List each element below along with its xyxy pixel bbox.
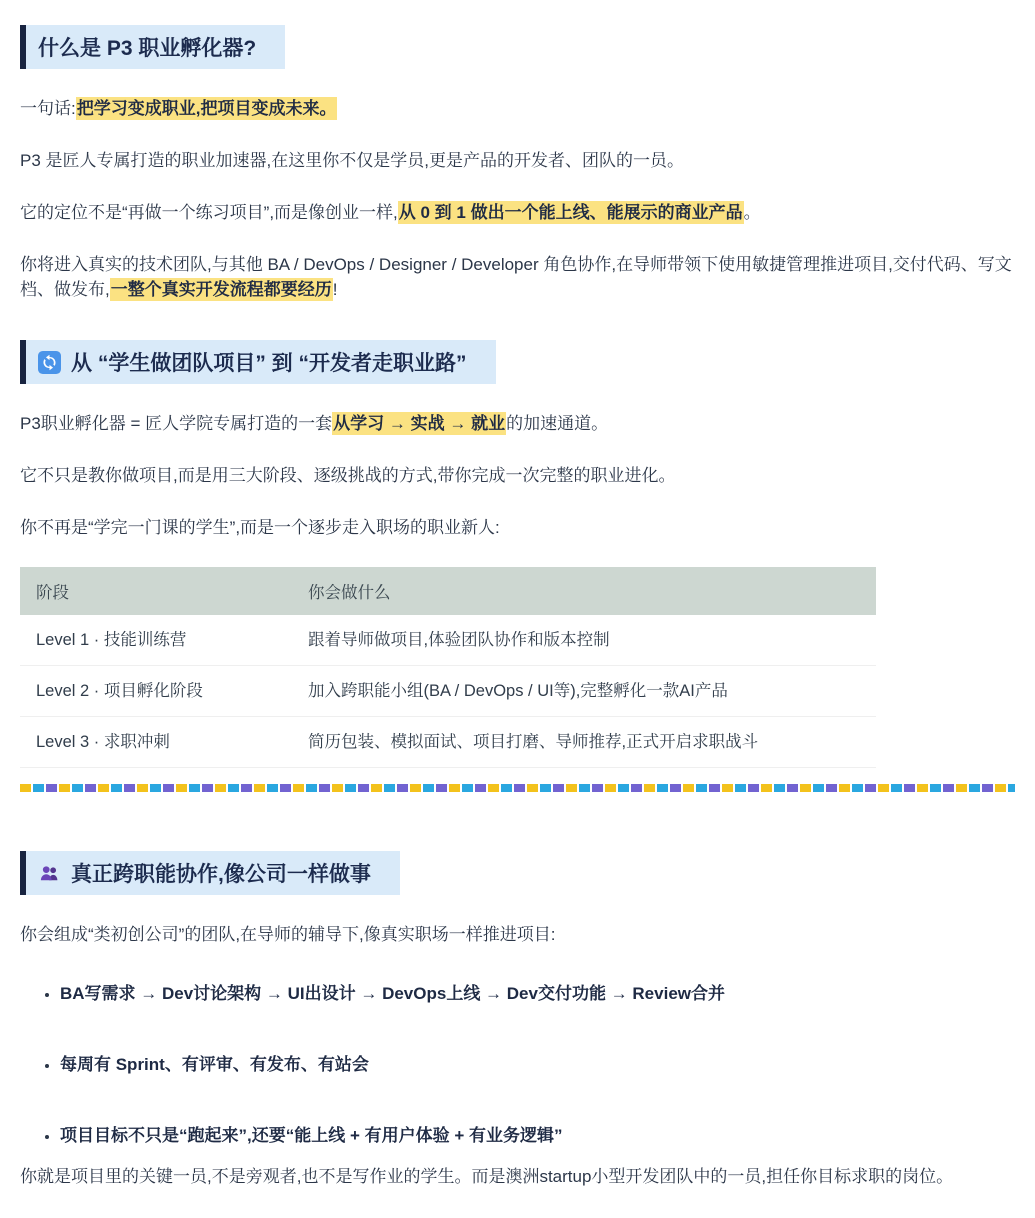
one-liner-highlight: 把学习变成职业,把项目变成未来。 — [76, 97, 338, 120]
heading-text: 什么是 P3 职业孵化器? — [38, 32, 256, 62]
paragraph-accelerator: P3 是匠人专属打造的职业加速器,在这里你不仅是学员,更是产品的开发者、团队的一… — [20, 148, 1015, 173]
paragraph-team: 你将进入真实的技术团队,与其他 BA / DevOps / Designer /… — [20, 252, 1015, 302]
section-heading-what-is-p3: 什么是 P3 职业孵化器? — [20, 25, 285, 69]
people-icon — [38, 862, 61, 885]
team-highlight: 一整个真实开发流程都要经历 — [110, 278, 333, 301]
paragraph-positioning: 它的定位不是“再做一个练习项目”,而是像创业一样,从 0 到 1 做出一个能上线… — [20, 200, 1015, 225]
dashed-divider — [20, 784, 1015, 792]
cell-level2-action: 加入跨职能小组(BA / DevOps / UI等),完整孵化一款AI产品 — [292, 666, 876, 717]
document-page: 什么是 P3 职业孵化器? 一句话:把学习变成职业,把项目变成未来。 P3 是匠… — [0, 0, 1035, 1213]
table-header-stage: 阶段 — [20, 567, 292, 615]
team-suffix: ! — [333, 280, 338, 299]
table-row-level1: Level 1 · 技能训练营 跟着导师做项目,体验团队协作和版本控制 — [20, 615, 876, 666]
positioning-highlight: 从 0 到 1 做出一个能上线、能展示的商业产品 — [398, 201, 744, 224]
paragraph-newcomer: 你不再是“学完一门课的学生”,而是一个逐步走入职场的职业新人: — [20, 515, 1015, 540]
collab-bullet-list: BA写需求 → Dev讨论架构 → UI出设计 → DevOps上线 → Dev… — [20, 981, 1015, 1148]
paragraph-three-stages: 它不只是教你做项目,而是用三大阶段、逐级挑战的方式,带你完成一次完整的职业进化。 — [20, 463, 1015, 488]
cell-level2-stage: Level 2 · 项目孵化阶段 — [20, 666, 292, 717]
paragraph-collab-intro: 你会组成“类初创公司”的团队,在导师的辅导下,像真实职场一样推进项目: — [20, 922, 1015, 947]
section-heading-collab: 真正跨职能协作,像公司一样做事 — [20, 851, 400, 895]
formula-highlight: 从学习 → 实战 → 就业 — [332, 412, 506, 435]
paragraph-formula: P3职业孵化器 = 匠人学院专属打造的一套从学习 → 实战 → 就业的加速通道。 — [20, 411, 1015, 436]
paragraph-closing: 你就是项目里的关键一员,不是旁观者,也不是写作业的学生。而是澳洲startup小… — [20, 1164, 1015, 1189]
section-heading-pathway: 从 “学生做团队项目” 到 “开发者走职业路” — [20, 340, 496, 384]
table-header-action: 你会做什么 — [292, 567, 876, 615]
one-liner-prefix: 一句话: — [20, 99, 76, 118]
bullet-sprint: 每周有 Sprint、有评审、有发布、有站会 — [60, 1052, 1015, 1077]
heading-text: 真正跨职能协作,像公司一样做事 — [71, 858, 371, 888]
positioning-prefix: 它的定位不是“再做一个练习项目”,而是像创业一样, — [20, 203, 398, 222]
table-header-row: 阶段 你会做什么 — [20, 567, 876, 615]
heading-text: 从 “学生做团队项目” 到 “开发者走职业路” — [71, 347, 467, 377]
cell-level3-action: 简历包装、模拟面试、项目打磨、导师推荐,正式开启求职战斗 — [292, 717, 876, 768]
cell-level3-stage: Level 3 · 求职冲刺 — [20, 717, 292, 768]
refresh-icon — [38, 351, 61, 374]
cell-level1-stage: Level 1 · 技能训练营 — [20, 615, 292, 666]
bullet-project-goal: 项目目标不只是“跑起来”,还要“能上线 + 有用户体验 + 有业务逻辑” — [60, 1123, 1015, 1148]
paragraph-one-liner: 一句话:把学习变成职业,把项目变成未来。 — [20, 96, 1015, 121]
cell-level1-action: 跟着导师做项目,体验团队协作和版本控制 — [292, 615, 876, 666]
formula-prefix: P3职业孵化器 = 匠人学院专属打造的一套 — [20, 414, 332, 433]
table-row-level2: Level 2 · 项目孵化阶段 加入跨职能小组(BA / DevOps / U… — [20, 666, 876, 717]
formula-suffix: 的加速通道。 — [506, 414, 608, 433]
stage-table: 阶段 你会做什么 Level 1 · 技能训练营 跟着导师做项目,体验团队协作和… — [20, 567, 876, 768]
bullet-workflow: BA写需求 → Dev讨论架构 → UI出设计 → DevOps上线 → Dev… — [60, 981, 1015, 1006]
table-row-level3: Level 3 · 求职冲刺 简历包装、模拟面试、项目打磨、导师推荐,正式开启求… — [20, 717, 876, 768]
positioning-suffix: 。 — [744, 203, 761, 222]
